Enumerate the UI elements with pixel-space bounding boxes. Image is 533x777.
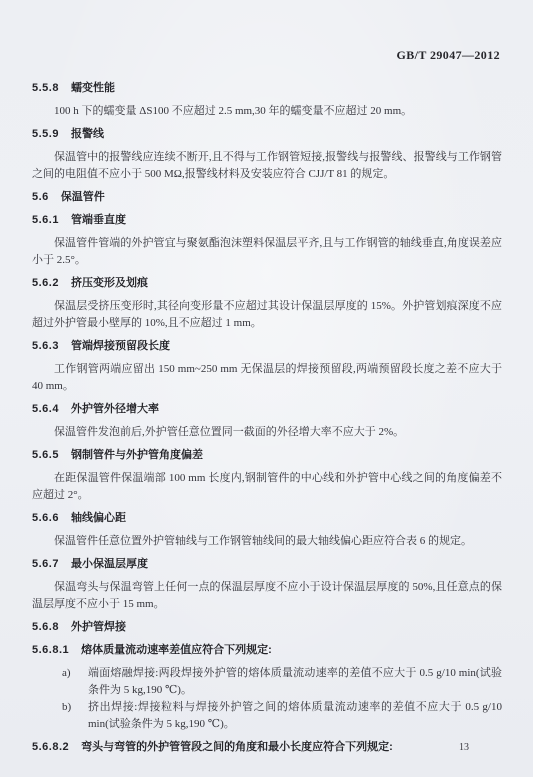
paragraph: 在距保温管件保温端部 100 mm 长度内,钢制管件的中心线和外护管中心线之间的… (32, 470, 502, 504)
section-heading: 5.6.7最小保温层厚度 (32, 556, 502, 573)
section-title: 管端垂直度 (71, 214, 126, 226)
section-title: 钢制管件与外护管角度偏差 (71, 449, 203, 461)
document-page: GB/T 29047—2012 5.5.8蠕变性能100 h 下的蠕变量 ΔS1… (0, 0, 533, 777)
section-heading: 5.6.8外护管焊接 (32, 619, 502, 636)
page-number: 13 (459, 742, 469, 753)
list-marker: a) (62, 665, 88, 699)
standard-code-header: GB/T 29047—2012 (397, 48, 500, 63)
paragraph: 保温管件任意位置外护管轴线与工作钢管轴线间的最大轴线偏心距应符合表 6 的规定。 (32, 533, 502, 550)
list-text: 端面熔融焊接:两段焊接外护管的熔体质量流动速率的差值不应大于 0.5 g/10 … (88, 665, 502, 699)
list-item: a)端面熔融焊接:两段焊接外护管的熔体质量流动速率的差值不应大于 0.5 g/1… (62, 665, 502, 699)
section-title: 蠕变性能 (71, 82, 115, 94)
section-title: 报警线 (71, 128, 104, 140)
section-heading: 5.5.8蠕变性能 (32, 80, 502, 97)
section-number: 5.6.5 (32, 449, 59, 461)
document-content: 5.5.8蠕变性能100 h 下的蠕变量 ΔS100 不应超过 2.5 mm,3… (32, 74, 502, 762)
section-number: 5.6.6 (32, 512, 59, 524)
section-title: 熔体质量流动速率差值应符合下列规定: (81, 644, 272, 656)
section-title: 轴线偏心距 (71, 512, 126, 524)
section-heading: 5.5.9报警线 (32, 126, 502, 143)
section-title: 弯头与弯管的外护管管段之间的角度和最小长度应符合下列规定: (81, 741, 393, 753)
section-heading: 5.6.2挤压变形及划痕 (32, 275, 502, 292)
section-number: 5.6.7 (32, 558, 59, 570)
list-item: b)挤出焊接:焊接粒料与焊接外护管之间的熔体质量流动速率的差值不应大于 0.5 … (62, 699, 502, 733)
section-number: 5.5.9 (32, 128, 59, 140)
section-number: 5.6 (32, 191, 49, 203)
section-title: 挤压变形及划痕 (71, 277, 148, 289)
section-title: 外护管外径增大率 (71, 403, 159, 415)
section-heading: 5.6.3管端焊接预留段长度 (32, 338, 502, 355)
paragraph: 保温弯头与保温弯管上任何一点的保温层厚度不应小于设计保温层厚度的 50%,且任意… (32, 579, 502, 613)
section-number: 5.6.2 (32, 277, 59, 289)
paragraph: 保温层受挤压变形时,其径向变形量不应超过其设计保温层厚度的 15%。外护管划痕深… (32, 298, 502, 332)
section-title: 外护管焊接 (71, 621, 126, 633)
list-marker: b) (62, 699, 88, 733)
list-text: 挤出焊接:焊接粒料与焊接外护管之间的熔体质量流动速率的差值不应大于 0.5 g/… (88, 699, 502, 733)
section-title: 管端焊接预留段长度 (71, 340, 170, 352)
paragraph: 保温管件管端的外护管宜与聚氨酯泡沫塑料保温层平齐,且与工作钢管的轴线垂直,角度误… (32, 235, 502, 269)
section-heading: 5.6.5钢制管件与外护管角度偏差 (32, 447, 502, 464)
paragraph: 保温管中的报警线应连续不断开,且不得与工作钢管短接,报警线与报警线、报警线与工作… (32, 149, 502, 183)
section-heading: 5.6.8.1熔体质量流动速率差值应符合下列规定: (32, 642, 502, 659)
section-number: 5.6.4 (32, 403, 59, 415)
section-number: 5.6.8.2 (32, 741, 69, 753)
section-heading: 5.6.1管端垂直度 (32, 212, 502, 229)
section-heading: 5.6保温管件 (32, 189, 502, 206)
section-title: 最小保温层厚度 (71, 558, 148, 570)
section-title: 保温管件 (61, 191, 105, 203)
section-heading: 5.6.4外护管外径增大率 (32, 401, 502, 418)
paragraph: 工作钢管两端应留出 150 mm~250 mm 无保温层的焊接预留段,两端预留段… (32, 361, 502, 395)
paragraph: 保温管件发泡前后,外护管任意位置同一截面的外径增大率不应大于 2%。 (32, 424, 502, 441)
section-number: 5.6.8 (32, 621, 59, 633)
section-heading: 5.6.6轴线偏心距 (32, 510, 502, 527)
section-number: 5.5.8 (32, 82, 59, 94)
paragraph: 100 h 下的蠕变量 ΔS100 不应超过 2.5 mm,30 年的蠕变量不应… (32, 103, 502, 120)
section-number: 5.6.3 (32, 340, 59, 352)
section-number: 5.6.8.1 (32, 644, 69, 656)
section-heading: 5.6.8.2弯头与弯管的外护管管段之间的角度和最小长度应符合下列规定: (32, 739, 502, 756)
section-number: 5.6.1 (32, 214, 59, 226)
